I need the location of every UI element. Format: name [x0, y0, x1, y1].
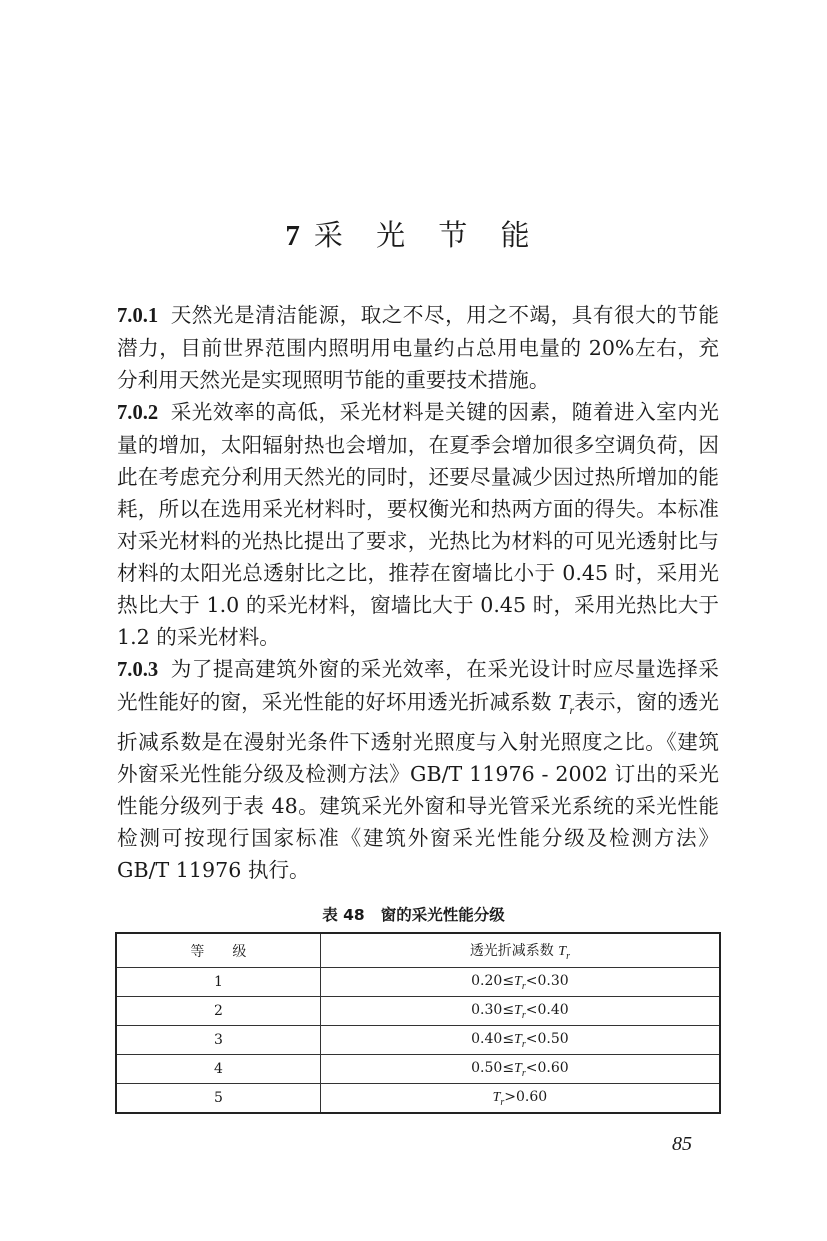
page-number: 85: [672, 1133, 692, 1156]
clause-7-0-3: 7.0.3为了提高建筑外窗的采光效率，在采光设计时应尽量选择采光性能好的窗，采光…: [117, 653, 719, 886]
table-caption: 表 48窗的采光性能分级: [0, 903, 827, 925]
cell-grade: 5: [116, 1084, 320, 1114]
header-grade: 等 级: [116, 933, 320, 968]
clause-number: 7.0.1: [117, 305, 158, 327]
clause-number: 7.0.3: [117, 659, 158, 681]
chapter-number: 7: [285, 220, 300, 252]
header-coefficient: 透光折减系数 Tr: [320, 933, 720, 968]
grading-table: 等 级 透光折减系数 Tr 1 0.20≤Tr<0.30 2 0.30≤Tr<0…: [115, 932, 721, 1114]
clause-number: 7.0.2: [117, 402, 158, 424]
table-row: 3 0.40≤Tr<0.50: [116, 1026, 720, 1055]
cell-range: 0.30≤Tr<0.40: [320, 997, 720, 1026]
table-header-row: 等 级 透光折减系数 Tr: [116, 933, 720, 968]
clause-text: 采光效率的高低，采光材料是关键的因素，随着进入室内光量的增加，太阳辐射热也会增加…: [117, 400, 719, 649]
table-number: 表 48: [322, 906, 364, 924]
clause-text: 天然光是清洁能源，取之不尽，用之不竭，具有很大的节能潜力，目前世界范围内照明用电…: [117, 303, 719, 392]
cell-range: 0.40≤Tr<0.50: [320, 1026, 720, 1055]
cell-range: 0.50≤Tr<0.60: [320, 1055, 720, 1084]
table-row: 4 0.50≤Tr<0.60: [116, 1055, 720, 1084]
body-text: 7.0.1天然光是清洁能源，取之不尽，用之不竭，具有很大的节能潜力，目前世界范围…: [117, 299, 719, 886]
cell-grade: 4: [116, 1055, 320, 1084]
clause-7-0-1: 7.0.1天然光是清洁能源，取之不尽，用之不竭，具有很大的节能潜力，目前世界范围…: [117, 299, 719, 396]
clause-text-part2: 表示，窗的透光折减系数是在漫射光条件下透射光照度与入射光照度之比。《建筑外窗采光…: [117, 690, 719, 882]
table-row: 1 0.20≤Tr<0.30: [116, 968, 720, 997]
cell-range: Tr>0.60: [320, 1084, 720, 1114]
cell-grade: 2: [116, 997, 320, 1026]
cell-range: 0.20≤Tr<0.30: [320, 968, 720, 997]
cell-grade: 1: [116, 968, 320, 997]
chapter-title-text: 采 光 节 能: [314, 218, 542, 252]
table-title: 窗的采光性能分级: [381, 906, 505, 924]
cell-grade: 3: [116, 1026, 320, 1055]
symbol-t: T: [558, 692, 569, 714]
clause-7-0-2: 7.0.2采光效率的高低，采光材料是关键的因素，随着进入室内光量的增加，太阳辐射…: [117, 396, 719, 653]
table-row: 2 0.30≤Tr<0.40: [116, 997, 720, 1026]
chapter-title: 7采 光 节 能: [0, 213, 827, 254]
table-row: 5 Tr>0.60: [116, 1084, 720, 1114]
